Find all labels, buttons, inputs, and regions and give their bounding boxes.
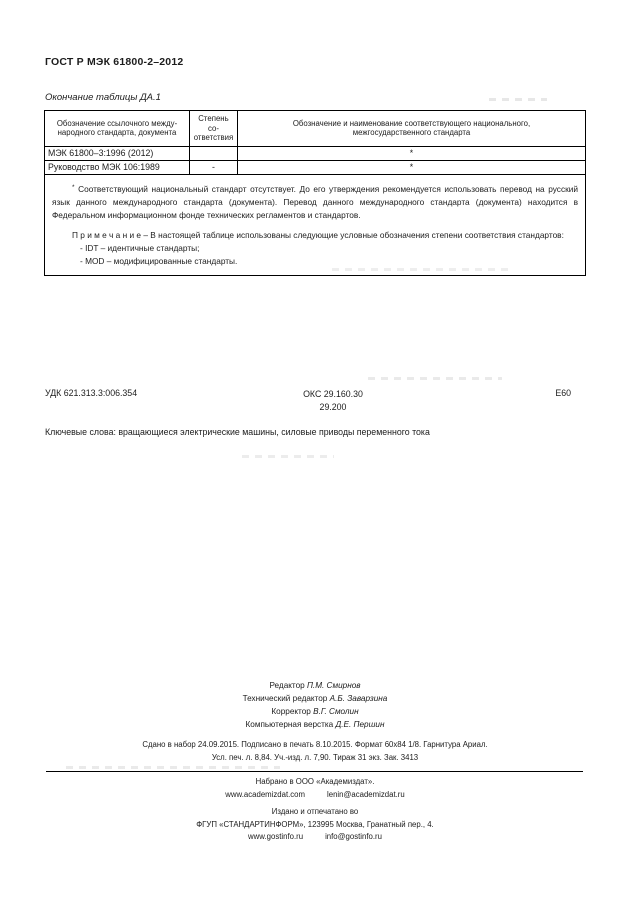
okp-group-code: Е60 <box>555 388 571 398</box>
staff-role: Компьютерная верстка <box>246 720 334 729</box>
cell-corresponding: * <box>238 146 586 160</box>
table-footnote-row: * Соответствующий национальный стандарт … <box>45 174 586 275</box>
typesetter-email: lenin@academizdat.ru <box>327 789 405 802</box>
imprint-divider-rule <box>46 771 583 772</box>
table-row: Руководство МЭК 106:1989 - * <box>45 160 586 174</box>
scan-artifact <box>368 377 502 380</box>
cell-standard: Руководство МЭК 106:1989 <box>45 160 190 174</box>
keywords-line: Ключевые слова: вращающиеся электрически… <box>45 427 585 437</box>
staff-role: Корректор <box>271 707 310 716</box>
staff-name: Д.Е. Першин <box>336 720 385 729</box>
staff-line: Корректор В.Г. Смолин <box>0 705 630 718</box>
publisher-contacts: www.gostinfo.ruinfo@gostinfo.ru <box>248 831 382 844</box>
document-code: ГОСТ Р МЭК 61800-2–2012 <box>45 56 183 68</box>
staff-line: Технический редактор А.Б. Заварзина <box>0 692 630 705</box>
publisher-block: Издано и отпечатано во ФГУП «СТАНДАРТИНФ… <box>0 806 630 844</box>
scan-artifact <box>242 455 334 458</box>
publisher-line: ФГУП «СТАНДАРТИНФОРМ», 123995 Москва, Гр… <box>0 819 630 832</box>
table-row: МЭК 61800–3:1996 (2012) * <box>45 146 586 160</box>
column-header-national-standard: Обозначение и наименование соответствующ… <box>238 111 586 147</box>
publisher-line: Издано и отпечатано во <box>0 806 630 819</box>
staff-name: П.М. Смирнов <box>307 681 361 690</box>
scan-artifact <box>489 98 547 101</box>
cell-corresponding: * <box>238 160 586 174</box>
cell-degree: - <box>190 160 238 174</box>
editorial-staff-block: Редактор П.М. Смирнов Технический редакт… <box>0 679 630 731</box>
print-info-line: Усл. печ. л. 8,84. Уч.-изд. л. 7,90. Тир… <box>0 751 630 764</box>
scan-artifact <box>332 268 510 271</box>
typesetter-block: Набрано в ООО «Академиздат». www.academi… <box>0 776 630 801</box>
publisher-website: www.gostinfo.ru <box>248 831 303 844</box>
staff-name: А.Б. Заварзина <box>330 694 388 703</box>
footnote-paragraph: * Соответствующий национальный стандарт … <box>52 181 578 222</box>
table-footnote-cell: * Соответствующий национальный стандарт … <box>45 174 586 275</box>
note-label: П р и м е ч а н и е <box>72 230 141 240</box>
typesetter-website: www.academizdat.com <box>225 789 305 802</box>
staff-name: В.Г. Смолин <box>313 707 359 716</box>
staff-role: Технический редактор <box>243 694 328 703</box>
staff-line: Компьютерная верстка Д.Е. Першин <box>0 718 630 731</box>
staff-line: Редактор П.М. Смирнов <box>0 679 630 692</box>
scan-artifact <box>66 766 280 769</box>
note-paragraph: П р и м е ч а н и е – В настоящей таблиц… <box>52 229 578 242</box>
oks-codes: ОКС 29.160.30 29.200 <box>283 388 383 414</box>
footnote-text: Соответствующий национальный стандарт от… <box>52 184 578 220</box>
typesetter-line: Набрано в ООО «Академиздат». <box>0 776 630 789</box>
table-header-row: Обозначение ссылочного между- народного … <box>45 111 586 147</box>
classification-row: УДК 621.313.3:006.354 ОКС 29.160.30 29.2… <box>45 388 585 418</box>
udk-code: УДК 621.313.3:006.354 <box>45 388 137 398</box>
note-list-item: - IDT – идентичные стандарты; <box>52 242 578 255</box>
column-header-reference-standard: Обозначение ссылочного между- народного … <box>45 111 190 147</box>
document-page: ГОСТ Р МЭК 61800-2–2012 Окончание таблиц… <box>0 0 630 913</box>
oks-code-line1: ОКС 29.160.30 <box>283 388 383 401</box>
staff-role: Редактор <box>269 681 304 690</box>
table-caption: Окончание таблицы ДА.1 <box>45 92 161 103</box>
oks-code-line2: 29.200 <box>283 401 383 414</box>
print-info-line: Сдано в набор 24.09.2015. Подписано в пе… <box>0 738 630 751</box>
print-info-block: Сдано в набор 24.09.2015. Подписано в пе… <box>0 738 630 764</box>
standards-correspondence-table: Обозначение ссылочного между- народного … <box>44 110 586 276</box>
cell-standard: МЭК 61800–3:1996 (2012) <box>45 146 190 160</box>
note-list-item: - MOD – модифицированные стандарты. <box>52 255 578 268</box>
column-header-correspondence-degree: Степень со- ответствия <box>190 111 238 147</box>
cell-degree <box>190 146 238 160</box>
publisher-email: info@gostinfo.ru <box>325 831 382 844</box>
note-text: – В настоящей таблице использованы следу… <box>143 230 564 240</box>
footnote-marker: * <box>72 184 75 191</box>
typesetter-contacts: www.academizdat.comlenin@academizdat.ru <box>225 789 404 802</box>
